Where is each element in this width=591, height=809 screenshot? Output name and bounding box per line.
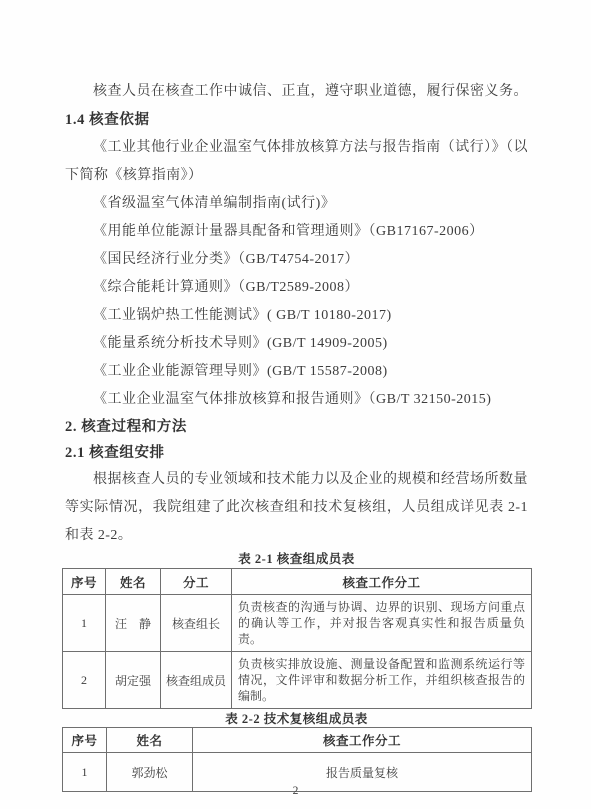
cell-work-division: 负责核实排放设施、测量设备配置和监测系统运行等情况，文件评审和数据分析工作，并组… — [232, 652, 532, 709]
cell-role: 核查组成员 — [161, 652, 232, 709]
header-name: 姓名 — [107, 728, 193, 753]
reference-item: 《综合能耗计算通则》（GB/T2589-2008） — [65, 274, 528, 302]
reference-item: 《用能单位能源计量器具配备和管理通则》（GB17167-2006） — [65, 218, 528, 246]
section-heading-2-1: 2.1 核查组安排 — [65, 440, 528, 466]
page-number: 2 — [0, 785, 591, 797]
header-serial-number: 序号 — [63, 728, 107, 753]
cell-name: 胡定强 — [106, 652, 161, 709]
reference-item: 《国民经济行业分类》（GB/T4754-2017） — [65, 246, 528, 274]
table-2-1-title: 表 2-1 核查组成员表 — [65, 550, 528, 568]
reference-item: 《工业其他行业企业温室气体排放核算方法与报告指南（试行）》（以下简称《核算指南》… — [65, 134, 528, 190]
document-page: 核查人员在核查工作中诚信、正直，遵守职业道德，履行保密义务。 1.4 核查依据 … — [0, 0, 591, 809]
table-row: 2 胡定强 核查组成员 负责核实排放设施、测量设备配置和监测系统运行等情况，文件… — [63, 652, 532, 709]
table-header-row: 序号 姓名 核查工作分工 — [63, 728, 532, 753]
reference-item: 《工业锅炉热工性能测试》( GB/T 10180-2017) — [65, 302, 528, 330]
section-heading-2: 2. 核查过程和方法 — [65, 414, 528, 440]
header-work-division: 核查工作分工 — [232, 569, 532, 595]
section-heading-1-4: 1.4 核查依据 — [65, 106, 528, 134]
team-arrangement-paragraph: 根据核查人员的专业领域和技术能力以及企业的规模和经营场所数量等实际情况，我院组建… — [65, 466, 528, 550]
reference-item: 《能量系统分析技术导则》(GB/T 14909-2005) — [65, 330, 528, 358]
header-name: 姓名 — [106, 569, 161, 595]
table-header-row: 序号 姓名 分工 核查工作分工 — [63, 569, 532, 595]
cell-work-division: 负责核查的沟通与协调、边界的识别、现场方问重点的确认等工作，并对报告客观真实性和… — [232, 595, 532, 652]
page-content: 核查人员在核查工作中诚信、正直，遵守职业道德，履行保密义务。 1.4 核查依据 … — [65, 0, 528, 792]
technical-review-team-table: 序号 姓名 核查工作分工 1 郭劲松 报告质量复核 — [62, 727, 532, 792]
header-role: 分工 — [161, 569, 232, 595]
header-serial-number: 序号 — [63, 569, 106, 595]
cell-name: 汪 静 — [106, 595, 161, 652]
reference-item: 《工业企业能源管理导则》(GB/T 15587-2008) — [65, 358, 528, 386]
cell-role: 核查组长 — [161, 595, 232, 652]
header-work-division: 核查工作分工 — [193, 728, 532, 753]
cell-serial-number: 1 — [63, 595, 106, 652]
cell-serial-number: 2 — [63, 652, 106, 709]
reference-item: 《工业企业温室气体排放核算和报告通则》（GB/T 32150-2015) — [65, 386, 528, 414]
intro-paragraph: 核查人员在核查工作中诚信、正直，遵守职业道德，履行保密义务。 — [65, 78, 528, 106]
table-row: 1 汪 静 核查组长 负责核查的沟通与协调、边界的识别、现场方问重点的确认等工作… — [63, 595, 532, 652]
verification-team-table: 序号 姓名 分工 核查工作分工 1 汪 静 核查组长 负责核查的沟通与协调、边界… — [62, 568, 532, 709]
reference-item: 《省级温室气体清单编制指南(试行)》 — [65, 190, 528, 218]
table-2-2-title: 表 2-2 技术复核组成员表 — [65, 712, 528, 727]
